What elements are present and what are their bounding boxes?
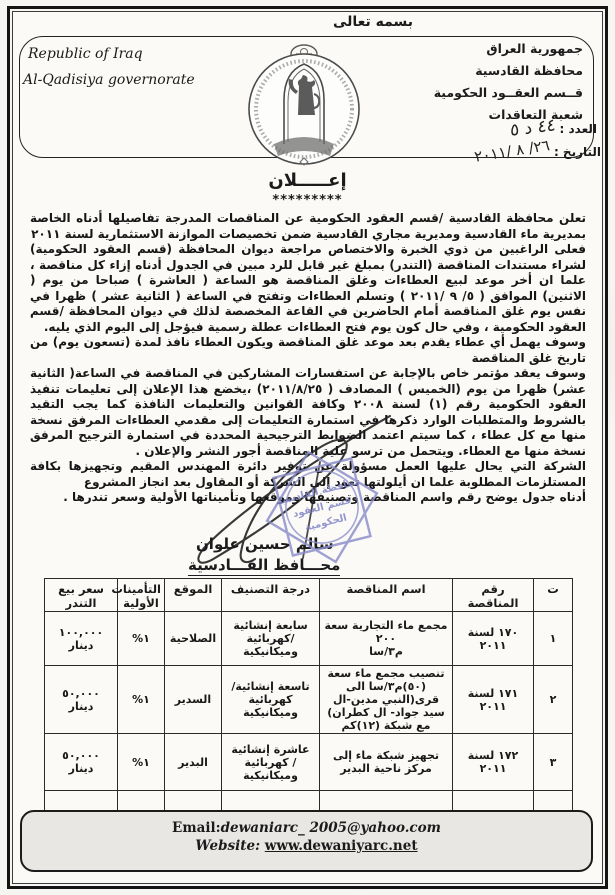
cell-classification: تاسعة إنشائية/ كهربائية وميكانيكية [222, 666, 320, 734]
col-tender-number: رقم المناقصة [453, 579, 534, 612]
cell-tender-name: مجمع ماء التجارية سعة ٢٠٠ م٣/سا [320, 612, 453, 666]
date-label: التاريخ : [554, 145, 601, 159]
cell-deposit: ١% [118, 612, 165, 666]
english-governorate-name: Al-Qadisiya governorate [23, 72, 195, 88]
body-paragraph-2: فعلى الراغبين من ذوي الخبرة والاختصاص مر… [30, 242, 586, 335]
cell-location: البدير [165, 734, 222, 791]
website-label: Website: [195, 838, 260, 854]
cell-price: ١٠٠,٠٠٠ دينار [45, 612, 118, 666]
arabic-letterhead: جمهورية العراق محافظة القادسية قــسم الع… [383, 38, 583, 126]
cell-tender-number: ١٧١ لسنة ٢٠١١ [453, 666, 534, 734]
body-paragraph-3: وسوف يهمل أي عطاء يقدم بعد موعد غلق المن… [30, 335, 586, 366]
cell-serial: ١ [534, 612, 573, 666]
official-star-stamp: محافظة القادسية قسم العقود الحكومية [256, 446, 388, 568]
col-initial-deposit: التأمينات الأولية [118, 579, 165, 612]
cell-price: ٥٠,٠٠٠ دينار [45, 666, 118, 734]
english-country-name: Republic of Iraq [28, 46, 143, 62]
cell-deposit: ١% [118, 734, 165, 791]
document-number-row: العدد : ٤٤ د ٥ [510, 118, 597, 138]
cell-tender-number: ١٧٠ لسنة ٢٠١١ [453, 612, 534, 666]
bismillah-text: بسمه تعالى [298, 14, 448, 30]
website-value: www.dewaniyarc.net [265, 838, 418, 854]
governorate-emblem [246, 42, 362, 166]
col-serial: ت [534, 579, 573, 612]
email-line: Email:dewaniarc_ 2005@yahoo.com [22, 820, 591, 836]
col-location: الموقع [165, 579, 222, 612]
document-date-row: التاريخ : ٢٦/ ٨ /٢٠١١ [474, 142, 601, 160]
col-tender-name: اسم المناقصة [320, 579, 453, 612]
arabic-department-name: قــسم العقــود الحكومية [383, 82, 583, 104]
cell-classification: سابعة إنشائية /كهربائية وميكانيكية [222, 612, 320, 666]
table-row: ٣ ١٧٢ لسنة ٢٠١١ تجهيز شبكة ماء إلى مركز … [45, 734, 573, 791]
col-classification: درجة التصنيف [222, 579, 320, 612]
cell-tender-name: تجهيز شبكة ماء إلى مركز ناحية البدير [320, 734, 453, 791]
website-line: Website: www.dewaniyarc.net [22, 838, 591, 854]
cell-deposit: ١% [118, 666, 165, 734]
email-label: Email: [172, 820, 221, 836]
table-row: ١ ١٧٠ لسنة ٢٠١١ مجمع ماء التجارية سعة ٢٠… [45, 612, 573, 666]
announcement-stars: ********* [0, 193, 615, 208]
announcement-title: إعـــــلان [0, 170, 615, 191]
cell-tender-name: تنصيب مجمع ماء سعة (٥٠)م٣/سا الى قرى(الن… [320, 666, 453, 734]
table-row: ٢ ١٧١ لسنة ٢٠١١ تنصيب مجمع ماء سعة (٥٠)م… [45, 666, 573, 734]
cell-price: ٥٠,٠٠٠ دينار [45, 734, 118, 791]
body-paragraph-1: تعلن محافظة القادسية /قسم العقود الحكومي… [30, 211, 586, 242]
cell-location: الصلاحية [165, 612, 222, 666]
number-label: العدد : [560, 122, 597, 136]
cell-tender-number: ١٧٢ لسنة ٢٠١١ [453, 734, 534, 791]
col-tender-price: سعر بيع التندر [45, 579, 118, 612]
table-header-row: ت رقم المناقصة اسم المناقصة درجة التصنيف… [45, 579, 573, 612]
email-value: dewaniarc_ 2005@yahoo.com [221, 820, 441, 836]
arabic-country-name: جمهورية العراق [383, 38, 583, 60]
arabic-governorate-name: محافظة القادسية [383, 60, 583, 82]
scanned-announcement-document: بسمه تعالى Republic of Iraq Al-Qadisiya … [0, 0, 615, 895]
cell-location: السدير [165, 666, 222, 734]
cell-serial: ٢ [534, 666, 573, 734]
cell-classification: عاشرة إنشائية / كهربائية وميكانيكية [222, 734, 320, 791]
cell-serial: ٣ [534, 734, 573, 791]
contact-footer-box: Email:dewaniarc_ 2005@yahoo.com Website:… [20, 810, 593, 872]
